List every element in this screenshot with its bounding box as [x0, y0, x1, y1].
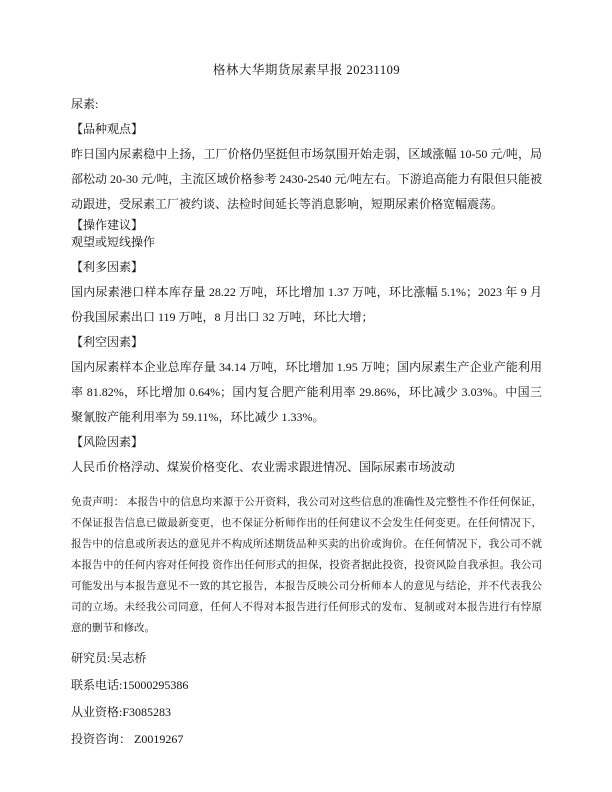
section-header-risk: 【风险因素】 — [71, 430, 542, 455]
section-risk-factors: 【风险因素】 人民币价格浮动、煤炭价格变化、农业需求跟进情况、国际尿素市场波动 — [71, 430, 542, 480]
report-page: 格林大华期货尿素早报 20231109 尿素: 【品种观点】 昨日国内尿素稳中上… — [0, 0, 612, 792]
section-body-risk: 人民币价格浮动、煤炭价格变化、农业需求跟进情况、国际尿素市场波动 — [71, 455, 542, 480]
disclaimer-text: 免责声明： 本报告中的信息均来源于公开资料，我公司对这些信息的准确性及完整性不作… — [71, 492, 542, 639]
section-header-advice: 【操作建议】 — [71, 217, 542, 234]
section-body-advice: 观望或短线操作 — [71, 234, 542, 251]
section-body-bearish: 国内尿素样本企业总库存量 34.14 万吨，环比增加 1.95 万吨；国内尿素生… — [71, 355, 542, 430]
product-label: 尿素: — [71, 92, 542, 117]
researcher-line: 研究员:吴志桥 — [71, 645, 542, 672]
section-bearish-factors: 【利空因素】 国内尿素样本企业总库存量 34.14 万吨，环比增加 1.95 万… — [71, 330, 542, 430]
section-bullish-factors: 【利多因素】 国内尿素港口样本库存量 28.22 万吨，环比增加 1.37 万吨… — [71, 255, 542, 330]
advisory-line: 投资咨询： Z0019267 — [71, 726, 542, 753]
phone-line: 联系电话:15000295386 — [71, 672, 542, 699]
section-header-bullish: 【利多因素】 — [71, 255, 542, 280]
section-header-viewpoint: 【品种观点】 — [71, 117, 542, 142]
qualification-line: 从业资格:F3085283 — [71, 699, 542, 726]
section-operation-advice: 【操作建议】 观望或短线操作 — [71, 217, 542, 251]
report-title: 格林大华期货尿素早报 20231109 — [71, 62, 542, 78]
section-header-bearish: 【利空因素】 — [71, 330, 542, 355]
section-body-bullish: 国内尿素港口样本库存量 28.22 万吨，环比增加 1.37 万吨，环比涨幅 5… — [71, 280, 542, 330]
section-variety-viewpoint: 【品种观点】 昨日国内尿素稳中上扬，工厂价格仍坚挺但市场氛围开始走弱，区域涨幅 … — [71, 117, 542, 217]
section-body-viewpoint: 昨日国内尿素稳中上扬，工厂价格仍坚挺但市场氛围开始走弱，区域涨幅 10-50 元… — [71, 142, 542, 217]
